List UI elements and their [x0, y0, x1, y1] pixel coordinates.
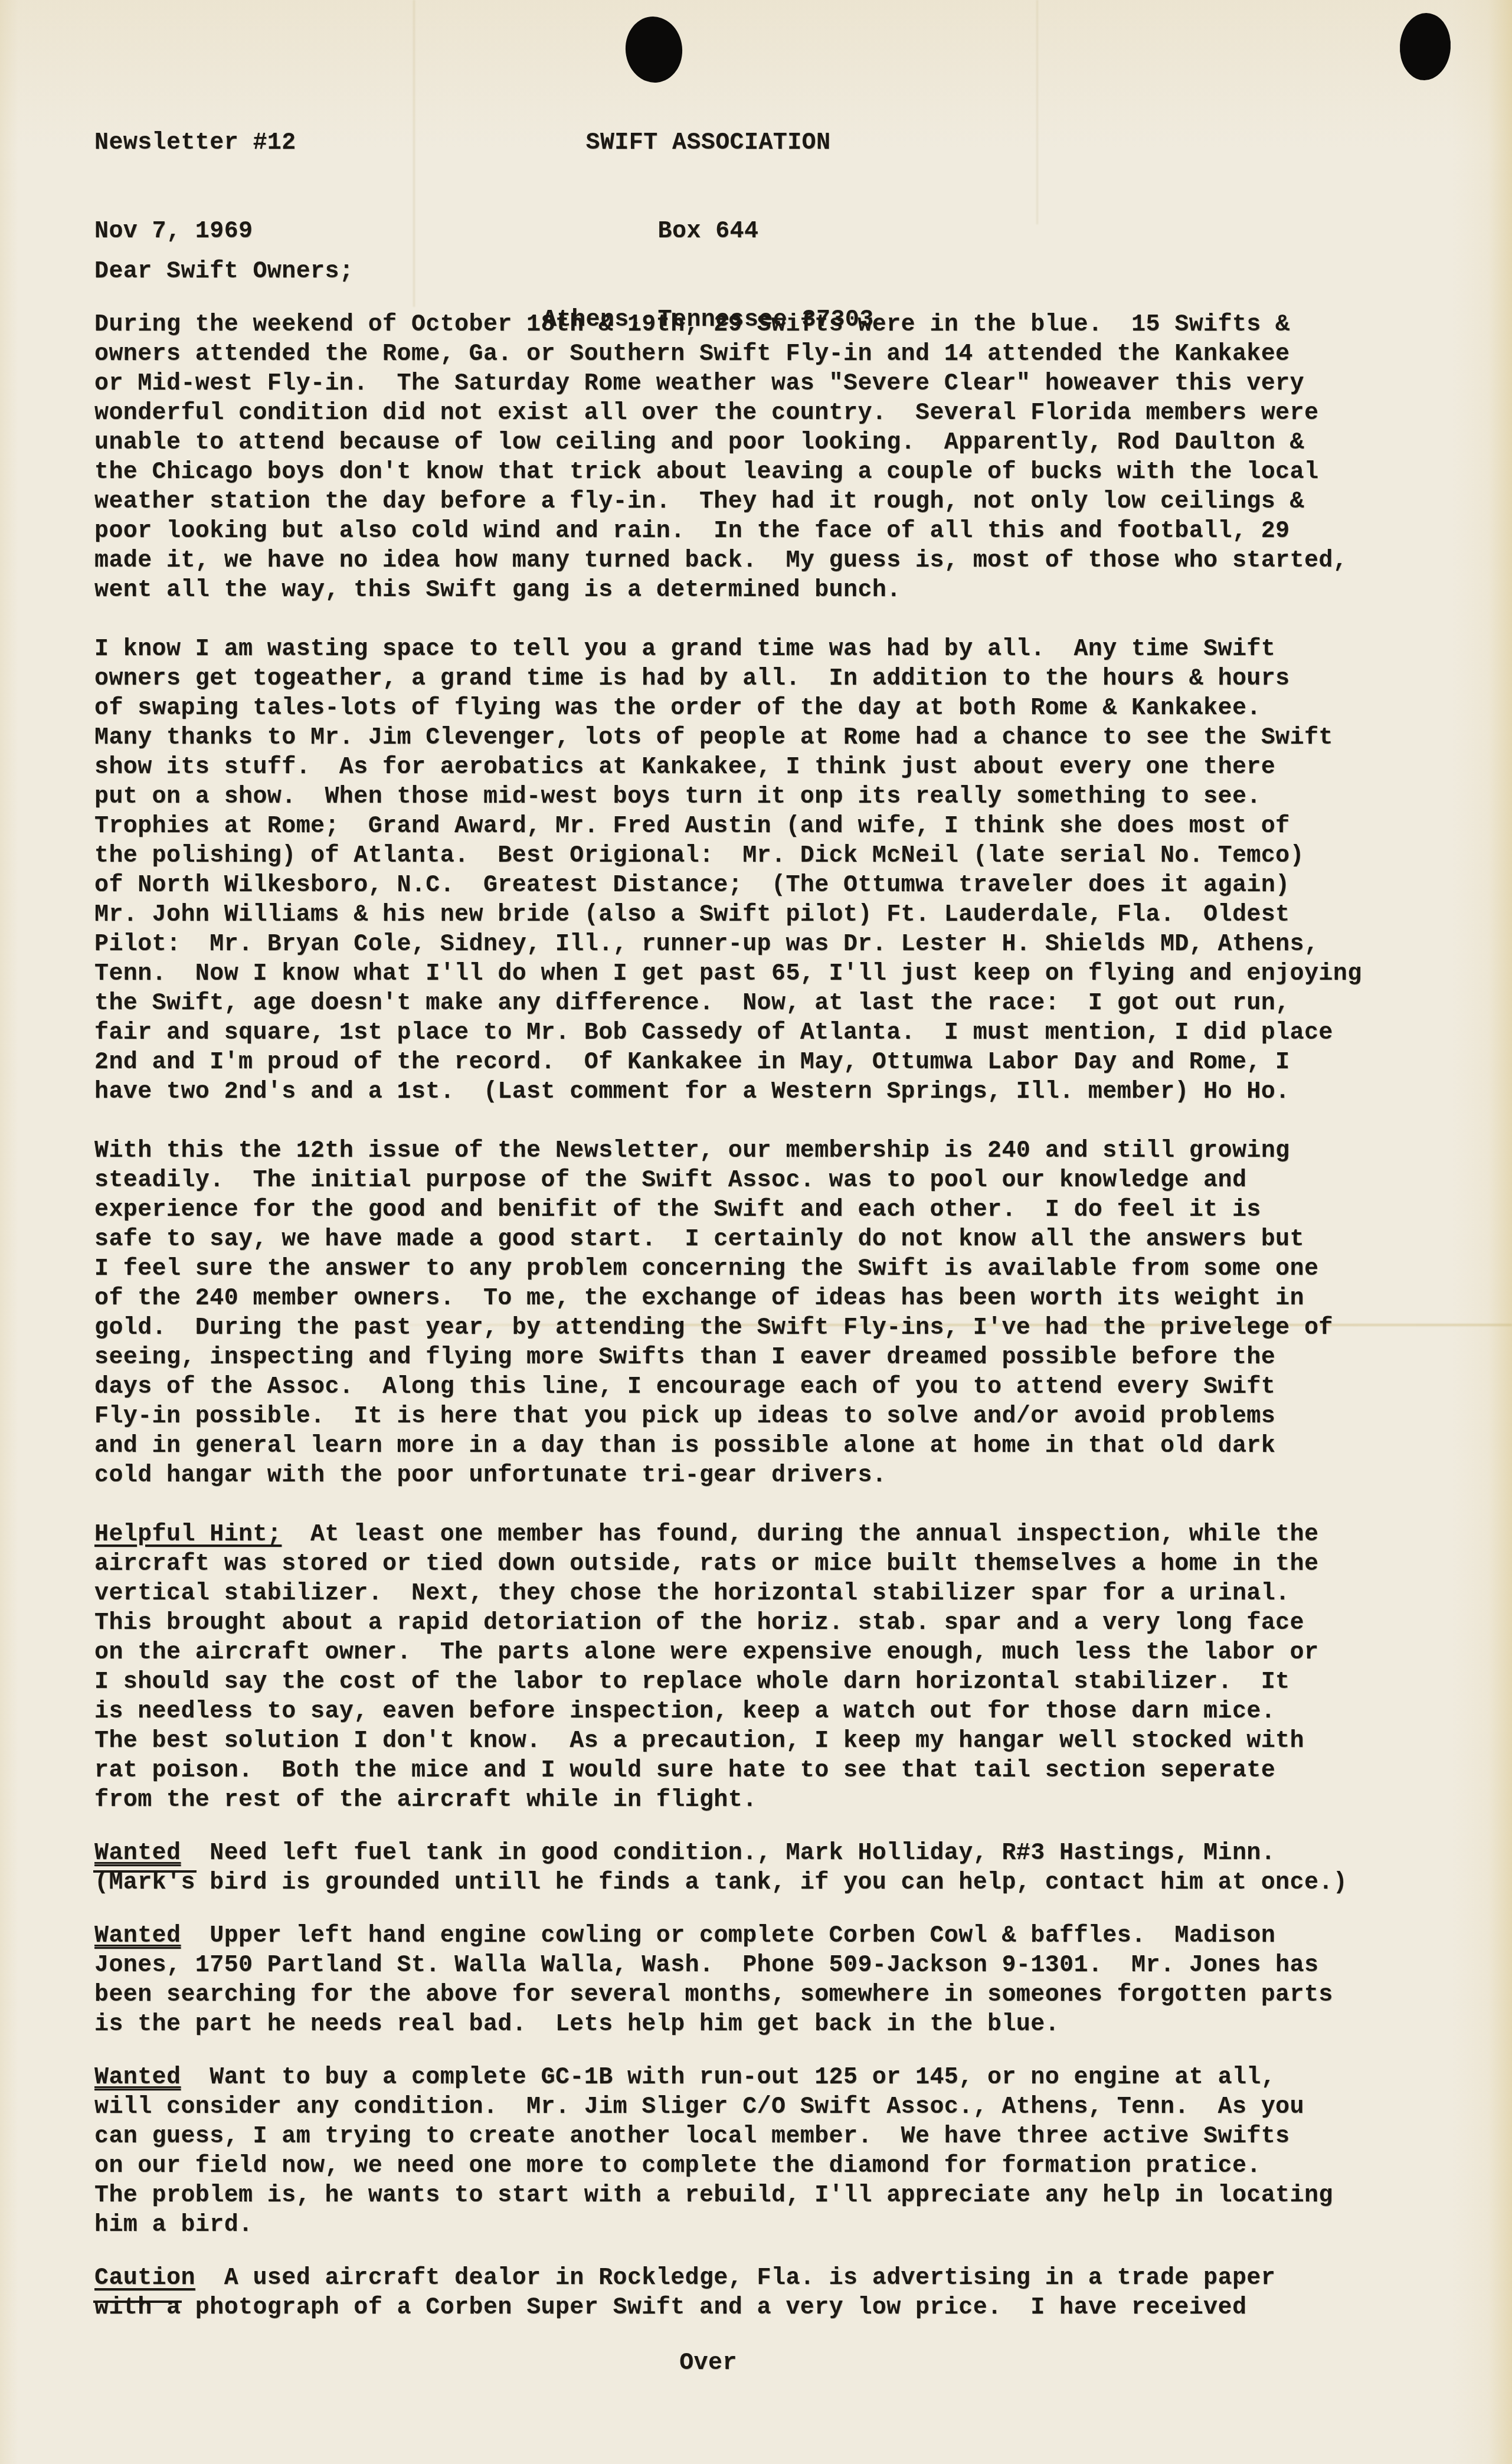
caution-overstruck-words: with a: [94, 2295, 181, 2321]
over-page-indicator: Over: [94, 2349, 1322, 2378]
paragraph-helpful-hint: Helpful Hint; At least one member has fo…: [94, 1520, 1322, 1815]
wanted-ad-fuel-tank: Wanted Need left fuel tank in good condi…: [94, 1839, 1322, 1898]
caution-text-b: photograph of a Corben Super Swift and a…: [181, 2295, 1246, 2321]
helpful-hint-text: At least one member has found, during th…: [94, 1521, 1318, 1814]
wanted-1-text-a: Need left fuel tank in good condition., …: [181, 1840, 1275, 1867]
helpful-hint-label: Helpful Hint;: [94, 1521, 282, 1548]
newsletter-number: Newsletter #12: [94, 129, 296, 158]
paragraph-trophies: I know I am wasting space to tell you a …: [94, 635, 1322, 1107]
wanted-3-text: Want to buy a complete GC-1B with run-ou…: [94, 2064, 1333, 2239]
paragraph-caution: Caution A used aircraft dealor in Rockle…: [94, 2264, 1322, 2323]
wanted-label-2: Wanted: [94, 1923, 181, 1949]
wanted-1-text-b: bird is grounded untill he finds a tank,…: [195, 1870, 1347, 1896]
punch-hole-mark-right: [1398, 11, 1453, 82]
org-city-line: Athens, Tennessee 37303: [94, 306, 1322, 335]
wanted-ad-gc1b: Wanted Want to buy a complete GC-1B with…: [94, 2063, 1322, 2240]
wanted-1-overstruck-word: (Mark's: [94, 1870, 195, 1896]
wanted-ad-engine-cowling: Wanted Upper left hand engine cowling or…: [94, 1922, 1322, 2040]
wanted-label-1: Wanted: [94, 1840, 181, 1867]
paragraph-membership: With this the 12th issue of the Newslett…: [94, 1137, 1322, 1491]
letter-content: Newsletter #12 Nov 7, 1969 SWIFT ASSOCIA…: [94, 0, 1322, 2378]
header-left-block: Newsletter #12 Nov 7, 1969: [94, 70, 296, 306]
caution-label: Caution: [94, 2265, 195, 2292]
caution-text-a: A used aircraft dealor in Rockledge, Fla…: [195, 2265, 1275, 2292]
newsletter-date: Nov 7, 1969: [94, 217, 296, 247]
wanted-label-3: Wanted: [94, 2064, 181, 2091]
newsletter-page: Newsletter #12 Nov 7, 1969 SWIFT ASSOCIA…: [0, 0, 1512, 2464]
letter-header: Newsletter #12 Nov 7, 1969 SWIFT ASSOCIA…: [94, 70, 1322, 158]
wanted-2-text: Upper left hand engine cowling or comple…: [94, 1923, 1333, 2038]
